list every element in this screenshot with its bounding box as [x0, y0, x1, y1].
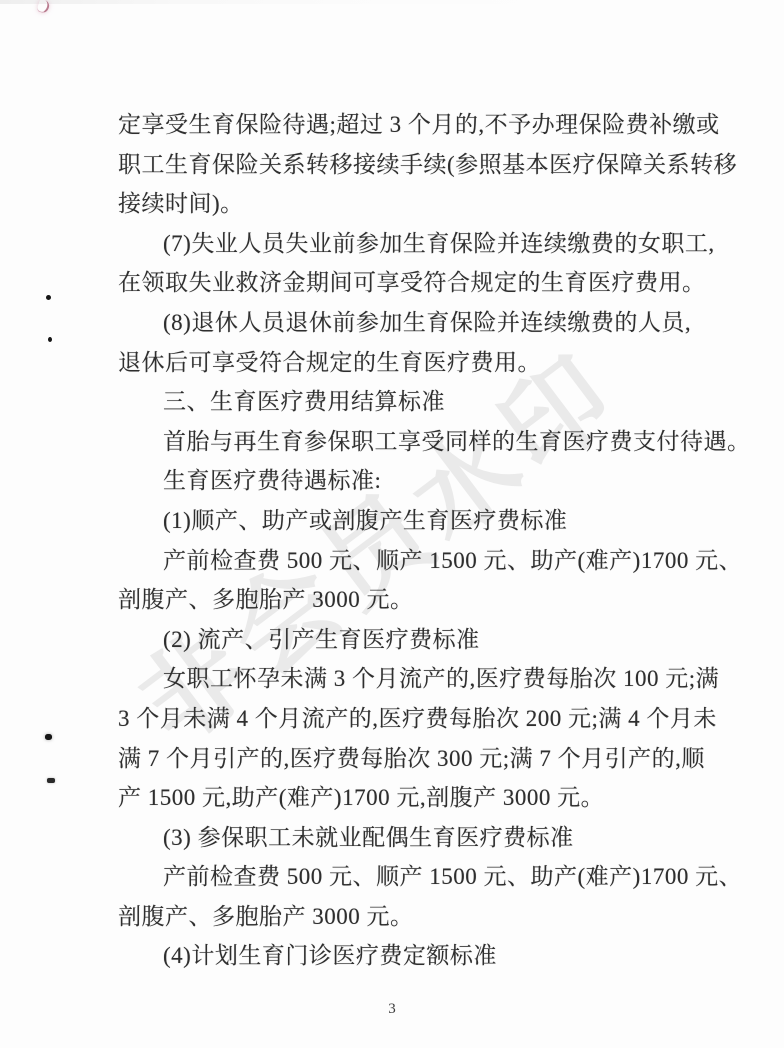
scan-speck — [46, 295, 51, 300]
doc-line: 接续时间)。 — [118, 184, 674, 224]
doc-line: 定享受生育保险待遇;超过 3 个月的,不予办理保险费补缴或 — [118, 105, 674, 145]
scan-edge-shadow — [0, 0, 784, 4]
doc-line-item-7: (7)失业人员失业前参加生育保险并连续缴费的女职工, — [118, 224, 674, 264]
doc-line: 剖腹产、多胞胎产 3000 元。 — [118, 897, 674, 937]
page-number: 3 — [0, 1001, 784, 1018]
doc-line-item-3: (3) 参保职工未就业配偶生育医疗费标准 — [118, 818, 674, 858]
scanned-document-page: { "page": { "number": "3", "watermark": … — [0, 0, 784, 1048]
doc-line: 剖腹产、多胞胎产 3000 元。 — [118, 580, 674, 620]
doc-line: 产 1500 元,助产(难产)1700 元,剖腹产 3000 元。 — [118, 778, 674, 818]
doc-line: 产前检查费 500 元、顺产 1500 元、助产(难产)1700 元、 — [118, 857, 674, 897]
doc-line: 退休后可享受符合规定的生育医疗费用。 — [118, 343, 674, 383]
scan-speck — [45, 734, 52, 740]
doc-line: 3 个月未满 4 个月流产的,医疗费每胎次 200 元;满 4 个月未 — [118, 699, 674, 739]
section-heading-3: 三、生育医疗费用结算标准 — [118, 382, 674, 422]
doc-line-item-4: (4)计划生育门诊医疗费定额标准 — [118, 936, 674, 976]
doc-line-item-1: (1)顺产、助产或剖腹产生育医疗费标准 — [118, 501, 674, 541]
doc-line: 产前检查费 500 元、顺产 1500 元、助产(难产)1700 元、 — [118, 541, 674, 581]
doc-line: 在领取失业救济金期间可享受符合规定的生育医疗费用。 — [118, 263, 674, 303]
scan-speck — [48, 337, 52, 342]
doc-line-item-2: (2) 流产、引产生育医疗费标准 — [118, 620, 674, 660]
doc-line: 女职工怀孕未满 3 个月流产的,医疗费每胎次 100 元;满 — [118, 659, 674, 699]
doc-line-item-8: (8)退休人员退休前参加生育保险并连续缴费的人员, — [118, 303, 674, 343]
document-body: 定享受生育保险待遇;超过 3 个月的,不予办理保险费补缴或 职工生育保险关系转移… — [118, 105, 674, 976]
scan-speck — [47, 778, 55, 783]
doc-line: 生育医疗费待遇标准: — [118, 461, 674, 501]
doc-line: 职工生育保险关系转移接续手续(参照基本医疗保障关系转移 — [118, 145, 674, 185]
doc-line: 首胎与再生育参保职工享受同样的生育医疗费支付待遇。 — [118, 422, 674, 462]
pen-mark — [36, 0, 50, 14]
doc-line: 满 7 个月引产的,医疗费每胎次 300 元;满 7 个月引产的,顺 — [118, 739, 674, 779]
